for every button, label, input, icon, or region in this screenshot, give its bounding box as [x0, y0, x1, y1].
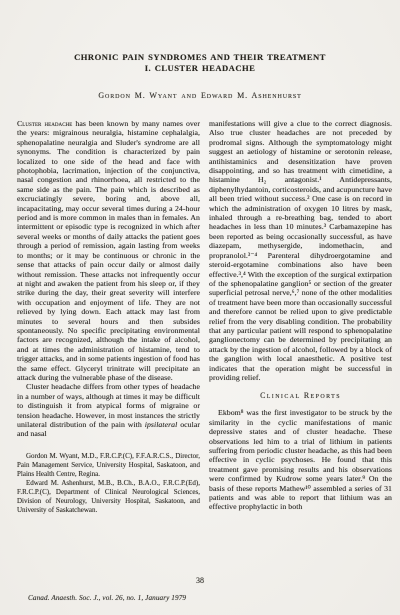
page-number: 38 — [0, 576, 400, 585]
right-column: manifestations will give a clue to the c… — [209, 119, 392, 515]
body-paragraph-1: Cluster headache has been known by many … — [17, 119, 200, 382]
title-line-2: I. CLUSTER HEADACHE — [145, 63, 256, 73]
section-heading-clinical-reports: Clinical Reports — [209, 391, 392, 400]
author-footnote-block: Gordon M. Wyant, M.D., F.R.C.P.(C), F.F.… — [17, 452, 200, 515]
body-paragraph-2: Cluster headache differs from other type… — [17, 382, 200, 438]
authors-byline: Gordon M. Wyant and Edward M. Ashenhurst — [0, 91, 400, 100]
body-paragraph-3: manifestations will give a clue to the c… — [209, 119, 392, 382]
left-column: Cluster headache has been known by many … — [17, 119, 200, 515]
lead-smallcaps: Cluster headache — [17, 119, 72, 128]
paragraph-2-italic: ipsilateral — [145, 420, 178, 429]
footnote-author-2: Edward M. Ashenhurst, M.B., B.Ch., B.A.O… — [17, 479, 200, 515]
article-header: CHRONIC PAIN SYNDROMES AND THEIR TREATME… — [0, 0, 400, 100]
footnote-author-1: Gordon M. Wyant, M.D., F.R.C.P.(C), F.F.… — [17, 452, 200, 479]
two-column-body: Cluster headache has been known by many … — [0, 119, 400, 515]
article-title: CHRONIC PAIN SYNDROMES AND THEIR TREATME… — [0, 52, 400, 74]
journal-page: CHRONIC PAIN SYNDROMES AND THEIR TREATME… — [0, 0, 400, 615]
body-paragraph-4: Ekbom⁸ was the first investigator to be … — [209, 408, 392, 511]
journal-citation: Canad. Anaesth. Soc. J., vol. 26, no. 1,… — [28, 594, 186, 602]
title-line-1: CHRONIC PAIN SYNDROMES AND THEIR TREATME… — [74, 52, 326, 62]
paragraph-1-text: has been known by many names over the ye… — [17, 119, 200, 382]
